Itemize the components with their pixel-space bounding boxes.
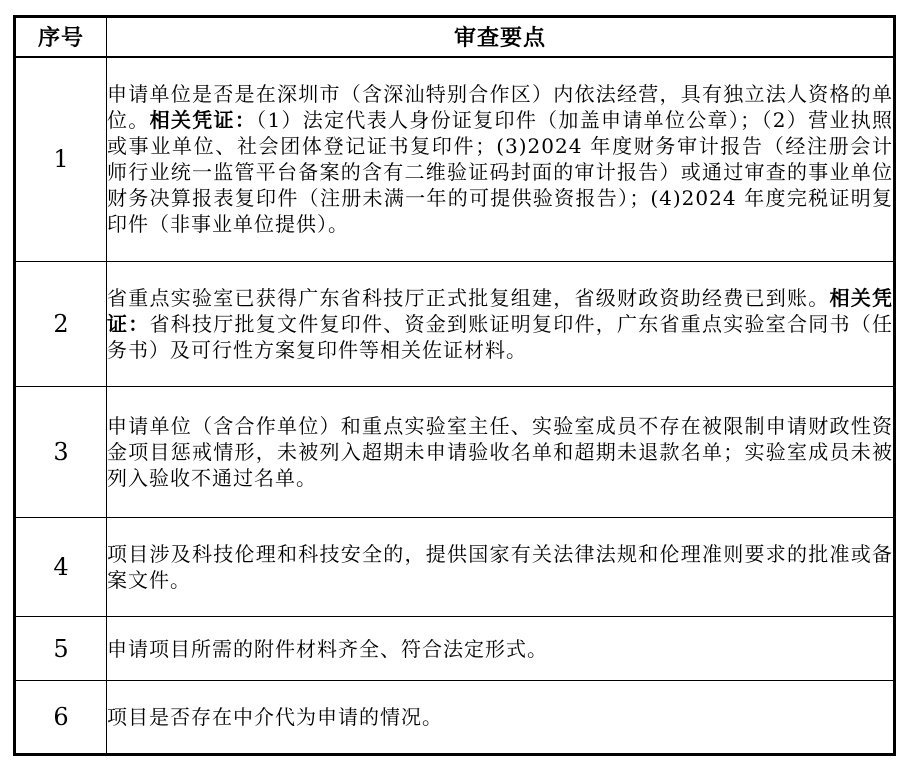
review-point-cell: 申请项目所需的附件材料齐全、符合法定形式。 [107, 617, 895, 681]
review-point-text: 申请单位（含合作单位）和重点实验室主任、实验室成员不存在被限制申请财政性资金项目… [107, 413, 893, 491]
review-point-cell: 项目涉及科技伦理和科技安全的，提供国家有关法律法规和伦理准则要求的批准或备案文件… [107, 518, 895, 617]
review-point-cell: 省重点实验室已获得广东省科技厅正式批复组建，省级财政资助经费已到账。相关凭证：省… [107, 262, 895, 387]
review-point-text: 申请项目所需的附件材料齐全、符合法定形式。 [107, 636, 893, 662]
document-page: 序号 审查要点 1申请单位是否是在深圳市（含深汕特别合作区）内依法经营，具有独立… [0, 0, 912, 766]
row-number: 4 [15, 518, 107, 617]
text-segment: 项目是否存在中介代为申请的情况。 [107, 705, 443, 729]
review-point-cell: 项目是否存在中介代为申请的情况。 [107, 681, 895, 755]
text-segment: 申请单位（含合作单位）和重点实验室主任、实验室成员不存在被限制申请财政性资金项目… [107, 414, 893, 490]
emphasis-label: 相关凭证： [150, 108, 257, 132]
table-header-row: 序号 审查要点 [15, 17, 895, 57]
review-point-cell: 申请单位（含合作单位）和重点实验室主任、实验室成员不存在被限制申请财政性资金项目… [107, 387, 895, 518]
review-point-text: 省重点实验室已获得广东省科技厅正式批复组建，省级财政资助经费已到账。相关凭证：省… [107, 285, 893, 363]
table-row: 3申请单位（含合作单位）和重点实验室主任、实验室成员不存在被限制申请财政性资金项… [15, 387, 895, 518]
review-point-text: 申请单位是否是在深圳市（含深汕特别合作区）内依法经营，具有独立法人资格的单位。相… [107, 81, 893, 237]
review-point-text: 项目涉及科技伦理和科技安全的，提供国家有关法律法规和伦理准则要求的批准或备案文件… [107, 541, 893, 593]
table-row: 1申请单位是否是在深圳市（含深汕特别合作区）内依法经营，具有独立法人资格的单位。… [15, 57, 895, 262]
review-table-body: 1申请单位是否是在深圳市（含深汕特别合作区）内依法经营，具有独立法人资格的单位。… [15, 57, 895, 755]
review-point-cell: 申请单位是否是在深圳市（含深汕特别合作区）内依法经营，具有独立法人资格的单位。相… [107, 57, 895, 262]
text-segment: 省重点实验室已获得广东省科技厅正式批复组建，省级财政资助经费已到账。 [107, 286, 830, 310]
row-number: 5 [15, 617, 107, 681]
row-number: 2 [15, 262, 107, 387]
text-segment: 省科技厅批复文件复印件、资金到账证明复印件，广东省重点实验室合同书（任务书）及可… [107, 312, 893, 362]
column-header-review-points: 审查要点 [107, 17, 895, 57]
column-header-index: 序号 [15, 17, 107, 57]
row-number: 1 [15, 57, 107, 262]
review-points-table: 序号 审查要点 1申请单位是否是在深圳市（含深汕特别合作区）内依法经营，具有独立… [13, 15, 896, 756]
text-segment: 申请项目所需的附件材料齐全、符合法定形式。 [107, 637, 548, 661]
table-row: 4项目涉及科技伦理和科技安全的，提供国家有关法律法规和伦理准则要求的批准或备案文… [15, 518, 895, 617]
row-number: 3 [15, 387, 107, 518]
table-row: 2省重点实验室已获得广东省科技厅正式批复组建，省级财政资助经费已到账。相关凭证：… [15, 262, 895, 387]
text-segment: 项目涉及科技伦理和科技安全的，提供国家有关法律法规和伦理准则要求的批准或备案文件… [107, 542, 893, 592]
row-number: 6 [15, 681, 107, 755]
table-row: 6项目是否存在中介代为申请的情况。 [15, 681, 895, 755]
review-point-text: 项目是否存在中介代为申请的情况。 [107, 704, 893, 730]
table-row: 5申请项目所需的附件材料齐全、符合法定形式。 [15, 617, 895, 681]
